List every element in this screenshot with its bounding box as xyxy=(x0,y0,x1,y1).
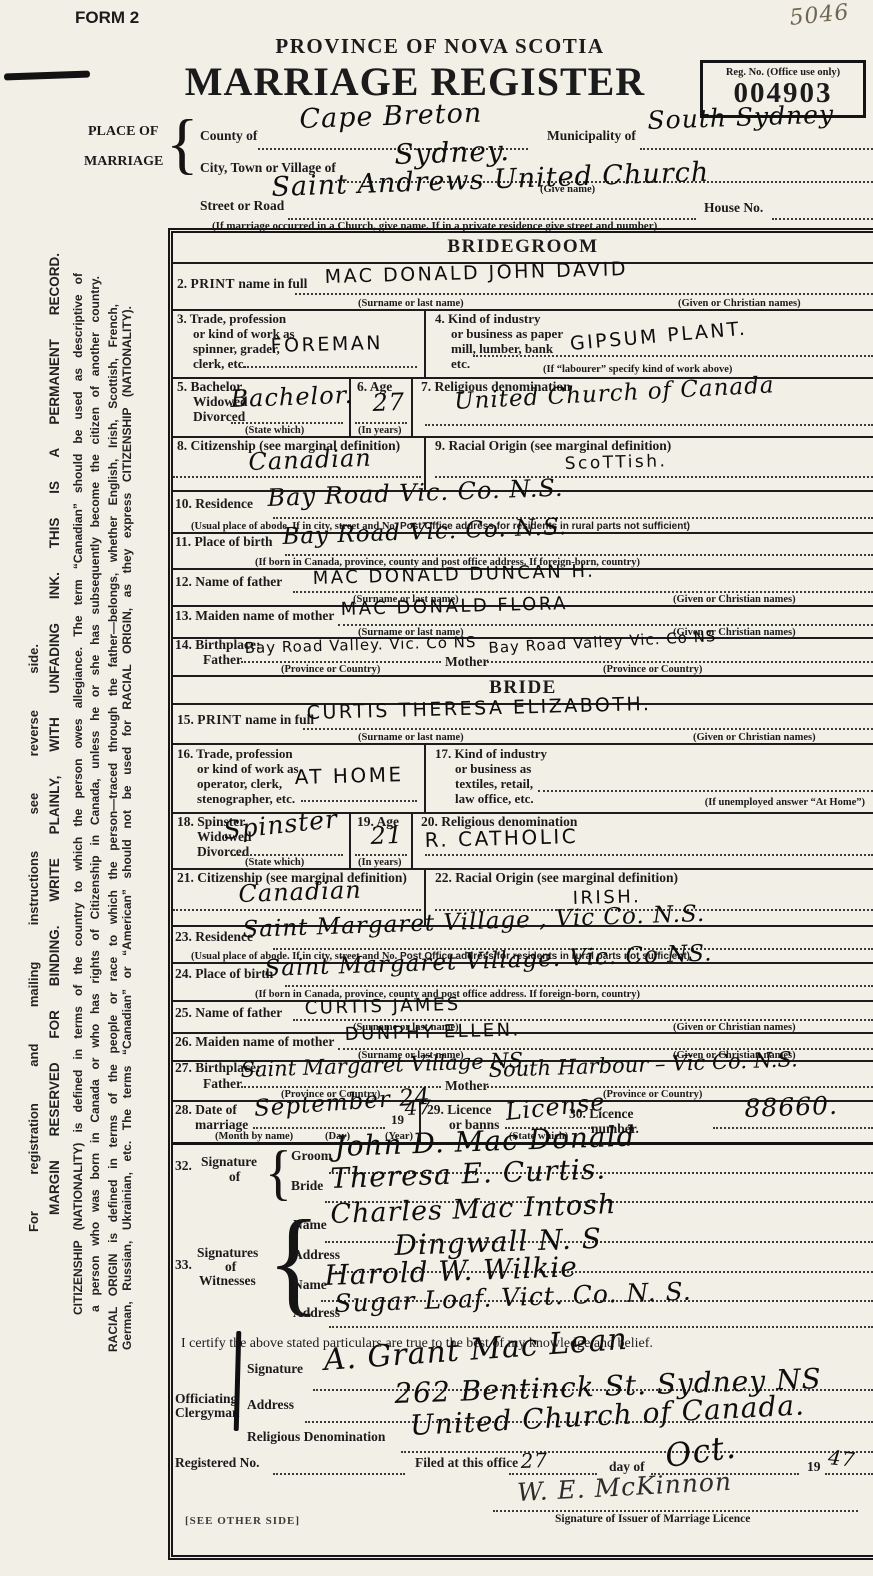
field-25-no: 25. xyxy=(175,1005,192,1020)
marriage-label: MARRIAGE xyxy=(84,154,163,170)
field-9-no: 9. xyxy=(435,438,445,453)
field-14-father-rule xyxy=(241,661,441,663)
field-23-no: 23. xyxy=(175,929,192,944)
field-6-sub: (In years) xyxy=(358,425,401,436)
field-20-value: R. CATHOLIC xyxy=(424,824,578,852)
field-28-year-prefix: 19 xyxy=(391,1112,404,1128)
field-3-no: 3. xyxy=(177,311,187,326)
clergyman-signature-label: Signature xyxy=(247,1361,303,1377)
field-17-line3: textiles, retail, xyxy=(455,776,533,791)
field-11-label: Place of birth xyxy=(195,534,273,549)
field-17-no: 17. xyxy=(435,746,451,761)
column-divider xyxy=(411,812,413,868)
street-value: Saint Andrews United Church xyxy=(271,157,710,203)
field-13-label: Maiden name of mother xyxy=(195,608,334,623)
field-19-value: 21 xyxy=(370,821,404,850)
field-17-line2: or business as xyxy=(455,761,531,776)
field-14-father-value: Bay Road Valley. Vic. Co NS xyxy=(245,633,477,657)
filed-year-prefix: 19 xyxy=(807,1459,821,1475)
field-27-mother-rule xyxy=(487,1086,873,1088)
field-3-value: FOREMAN xyxy=(270,332,383,357)
filed-year-rule xyxy=(825,1473,873,1475)
field-21-no: 21. xyxy=(177,870,194,885)
field-19-rule xyxy=(355,854,407,856)
place-brace: { xyxy=(166,104,199,183)
field-14-sub1: (Province or Country) xyxy=(281,664,380,675)
field-2-no: 2. xyxy=(177,276,187,291)
field-15-label: name in full xyxy=(245,712,314,727)
field-13-rule xyxy=(338,624,873,626)
field-16-17-row: 16. Trade, profession or kind of work as… xyxy=(173,743,873,814)
field-5-6-7-row: 5. Bachelor Widowed Divorced Bachelor. (… xyxy=(173,377,873,438)
registered-no-label: Registered No. xyxy=(175,1455,259,1471)
field-27-sub2: (Province or Country) xyxy=(603,1089,702,1100)
field-30-value: 88660. xyxy=(744,1091,838,1123)
field-29-label1: Licence xyxy=(447,1102,491,1117)
field-28-no: 28. xyxy=(175,1102,192,1117)
field-18-no: 18. xyxy=(177,814,194,829)
field-28-label1: Date of xyxy=(195,1102,237,1117)
field-2-rule xyxy=(295,293,873,295)
field-19-sub: (In years) xyxy=(358,857,401,868)
field-11-no: 11. xyxy=(175,534,191,549)
field-14-no: 14. xyxy=(175,637,192,652)
field-10-label: Residence xyxy=(195,496,253,511)
field-22-no: 22. xyxy=(435,870,452,885)
county-value: Cape Breton xyxy=(299,98,483,135)
field-30-label1: Licence xyxy=(589,1106,633,1121)
filed-year-value: 47 xyxy=(827,1445,857,1472)
column-divider xyxy=(424,743,426,812)
registered-no-rule xyxy=(273,1473,405,1475)
field-16-value: AT HOME xyxy=(294,762,403,789)
field-7-rule xyxy=(425,424,873,426)
field-26-value: DUNPHY ELLEN. xyxy=(344,1019,521,1045)
column-divider xyxy=(424,309,426,377)
field-12-no: 12. xyxy=(175,574,192,589)
field-4-line1: Kind of industry xyxy=(448,311,540,326)
field-2-sub-surname: (Surname or last name) xyxy=(358,298,464,309)
field-8-rule xyxy=(173,476,421,478)
field-27-father-label: Father xyxy=(203,1076,242,1092)
field-16-line4: stenographer, etc. xyxy=(197,791,295,806)
field-32-no: 32. xyxy=(175,1158,192,1174)
field-32-label1: Signature xyxy=(201,1154,257,1170)
see-other-side-label: [SEE OTHER SIDE] xyxy=(185,1515,300,1527)
field-26-no: 26. xyxy=(175,1034,192,1049)
field-13-value: MAC DONALD FLORA xyxy=(340,593,568,620)
field-17-rule xyxy=(538,790,873,792)
field-15-rule xyxy=(303,728,873,730)
field-4-line4: etc. xyxy=(451,356,470,371)
field-5-rule xyxy=(231,422,343,424)
field-10-no: 10. xyxy=(175,496,192,511)
field-16-rule xyxy=(301,800,417,802)
field-16-line1: Trade, profession xyxy=(196,746,292,761)
field-14-sub2: (Province or Country) xyxy=(603,664,702,675)
field-4-value: GIPSUM PLANT. xyxy=(569,318,748,355)
filed-label: Filed at this office xyxy=(415,1455,518,1471)
field-4-rule xyxy=(473,355,873,357)
field-18-line3: Divorced xyxy=(197,844,249,859)
margin-note-permanent-record: MARGIN RESERVED FOR BINDING. WRITE PLAIN… xyxy=(47,253,62,1215)
field-2-value: MAC DONALD JOHN DAVID xyxy=(324,258,628,288)
field-21-rule xyxy=(173,909,421,911)
form-number-label: FORM 2 xyxy=(75,8,139,28)
witness2-address-label: Address xyxy=(293,1305,340,1321)
margin-note-citizenship-1: CITIZENSHIP (NATIONALITY) is defined in … xyxy=(71,273,85,1315)
field-13-row: 13. Maiden name of mother MAC DONALD FLO… xyxy=(173,605,873,639)
clergyman-address-label: Address xyxy=(247,1397,294,1413)
field-4-no: 4. xyxy=(435,311,445,326)
municipality-value: South Sydney xyxy=(647,100,835,135)
field-27-mother-label: Mother xyxy=(445,1078,488,1094)
field-25-row: 25. Name of father CURTIS JAMES (Surname… xyxy=(173,1000,873,1034)
county-label: County of xyxy=(200,128,257,144)
margin-note-racial-origin-1: RACIAL ORIGIN is defined in terms of the… xyxy=(106,304,120,1352)
ink-dash-mark xyxy=(4,71,90,81)
municipality-label: Municipality of xyxy=(547,128,636,144)
field-17-line4: law office, etc. xyxy=(455,791,534,806)
register-title: MARRIAGE REGISTER xyxy=(130,58,700,105)
field-5-no: 5. xyxy=(177,379,187,394)
field-2-label: name in full xyxy=(238,276,307,291)
field-17-line1: Kind of industry xyxy=(455,746,547,761)
field-2-row: 2. PRINT name in full MAC DONALD JOHN DA… xyxy=(173,262,873,311)
field-33-row: 33. Signatures of Witnesses { Name Charl… xyxy=(173,1205,873,1330)
column-divider xyxy=(411,377,413,436)
field-8-value: Canadian xyxy=(248,444,372,476)
field-33-label3: Witnesses xyxy=(199,1273,256,1289)
field-16-line3: operator, clerk, xyxy=(197,776,282,791)
field-28-label2: marriage xyxy=(195,1117,248,1132)
field-14-mother-rule xyxy=(487,661,873,663)
field-9-label: Racial Origin (see marginal definition) xyxy=(449,438,672,453)
field-15-sub-given: (Given or Christian names) xyxy=(693,732,816,743)
issuer-signature-rule xyxy=(493,1510,858,1512)
field-15-row: 15. PRINT name in full CURTIS THERESA EL… xyxy=(173,702,873,745)
field-5-sub: (State which) xyxy=(245,425,304,436)
field-6-value: 27 xyxy=(372,388,406,417)
field-32-label2: of xyxy=(229,1169,240,1185)
field-14-mother-label: Mother xyxy=(445,654,488,670)
field-20-rule xyxy=(425,854,873,856)
field-27-no: 27. xyxy=(175,1060,192,1075)
margin-note-citizenship-2: a person who was born in Canada or who h… xyxy=(88,276,102,1312)
field-12-sub-given: (Given or Christian names) xyxy=(673,594,796,605)
field-26-label: Maiden name of mother xyxy=(195,1034,334,1049)
province-title: PROVINCE OF NOVA SCOTIA xyxy=(160,34,720,59)
clergyman-label: Clergyman xyxy=(175,1405,240,1421)
groom-signature-label: Groom xyxy=(291,1148,332,1164)
field-15-sub-surname: (Surname or last name) xyxy=(358,732,464,743)
field-24-rule xyxy=(285,985,873,987)
bridegroom-title: BRIDEGROOM xyxy=(173,236,873,258)
bridegroom-section: BRIDEGROOM xyxy=(173,233,873,264)
filed-row: Registered No. Filed at this office 27 d… xyxy=(173,1447,873,1480)
margin-note-registration: For registration and mailing instruction… xyxy=(26,644,41,1232)
field-6-no: 6. xyxy=(357,379,367,394)
field-25-rule xyxy=(293,1019,873,1021)
field-4-note: (If “labourer” specify kind of work abov… xyxy=(543,364,732,375)
field-22-label: Racial Origin (see marginal definition) xyxy=(455,870,678,885)
clergyman-block: Officiating Clergyman Signature A. Grant… xyxy=(173,1355,873,1447)
form-body: BRIDEGROOM 2. PRINT name in full MAC DON… xyxy=(168,228,873,1560)
field-5-value: Bachelor. xyxy=(230,381,354,413)
field-15-no: 15. xyxy=(177,712,194,727)
field-2-sub-given: (Given or Christian names) xyxy=(678,298,801,309)
field-16-line2: or kind of work as xyxy=(197,761,299,776)
column-divider xyxy=(349,812,351,868)
field-12-rule xyxy=(293,591,873,593)
field-4-line3: mill, lumber, bank xyxy=(451,341,553,356)
field-33-no: 33. xyxy=(175,1257,192,1273)
field-3-rule xyxy=(235,366,417,368)
house-no-label: House No. xyxy=(704,200,763,216)
house-no-rule xyxy=(772,218,873,220)
field-14-row: 14. Birthplace: Father Bay Road Valley. … xyxy=(173,637,873,677)
issuer-signature-label: Signature of Issuer of Marriage Licence xyxy=(555,1513,750,1525)
field-21-value: Canadian xyxy=(238,876,362,908)
field-3-line1: Trade, profession xyxy=(190,311,286,326)
field-17-note: (If unemployed answer “At Home”) xyxy=(705,797,865,808)
field-25-value: CURTIS JAMES xyxy=(304,994,461,1019)
place-of-label: PLACE OF xyxy=(88,124,158,140)
field-24-no: 24. xyxy=(175,966,192,981)
municipality-rule xyxy=(640,148,873,150)
field-18-19-20-row: 18. Spinster Widowed Divorced Spinster (… xyxy=(173,812,873,870)
witness2-name-label: Name xyxy=(293,1277,327,1293)
field-2-print: PRINT xyxy=(191,276,236,291)
field-18-sub: (State which) xyxy=(245,857,304,868)
field-3-4-row: 3. Trade, profession or kind of work as … xyxy=(173,309,873,379)
field-18-rule xyxy=(231,854,343,856)
bride-signature-label: Bride xyxy=(291,1178,323,1194)
field-4-line2: or business as paper xyxy=(451,326,563,341)
field-14-father-label: Father xyxy=(203,652,242,668)
field-30-no: 30. xyxy=(569,1106,586,1121)
field-30-rule xyxy=(713,1127,873,1129)
corner-handwritten-number: 5046 xyxy=(788,0,850,31)
field-9-value: ScoTTish. xyxy=(564,451,667,474)
field-11-rule xyxy=(285,554,873,556)
field-10-rule xyxy=(273,517,873,519)
margin-note-racial-origin-2: German, Russian, Ukrainian, etc. The ter… xyxy=(120,306,134,1350)
field-8-no: 8. xyxy=(177,438,187,453)
field-25-label: Name of father xyxy=(195,1005,282,1020)
field-29-no: 29. xyxy=(427,1102,444,1117)
field-3-line4: clerk, etc. xyxy=(193,356,247,371)
field-24-label: Place of birth xyxy=(195,966,273,981)
marriage-register-page: For registration and mailing instruction… xyxy=(0,0,873,1576)
field-6-rule xyxy=(355,422,407,424)
field-13-no: 13. xyxy=(175,608,192,623)
field-7-no: 7. xyxy=(421,379,431,394)
field-15-print: PRINT xyxy=(197,712,242,727)
field-16-no: 16. xyxy=(177,746,193,761)
field-24-row: 24. Place of birth Saint Margaret Villag… xyxy=(173,962,873,1002)
denomination-label: Religious Denomination xyxy=(247,1429,385,1445)
field-12-label: Name of father xyxy=(195,574,282,589)
filed-day-value: 27 xyxy=(520,1448,548,1473)
field-3-line3: spinner, grader, xyxy=(193,341,280,356)
witness1-name-label: Name xyxy=(293,1217,327,1233)
